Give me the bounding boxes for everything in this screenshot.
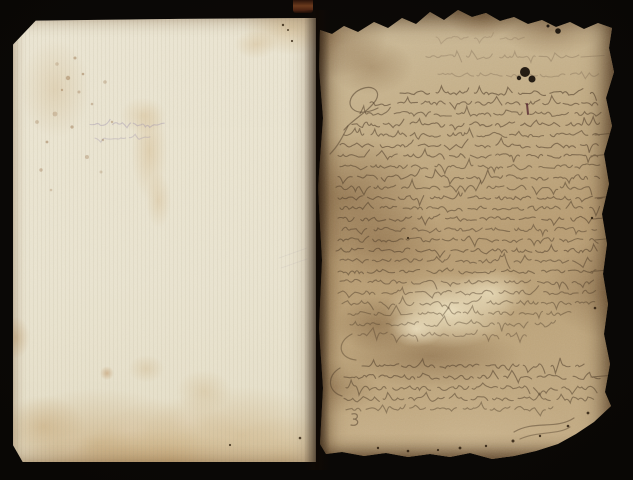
left-page-marks-layer <box>13 18 316 462</box>
spine-headband <box>293 0 313 13</box>
left-page <box>13 18 316 462</box>
manuscript-scan <box>0 0 633 480</box>
right-page <box>318 8 616 460</box>
paper-grain-texture <box>13 18 316 462</box>
handwriting-layer <box>318 8 616 460</box>
